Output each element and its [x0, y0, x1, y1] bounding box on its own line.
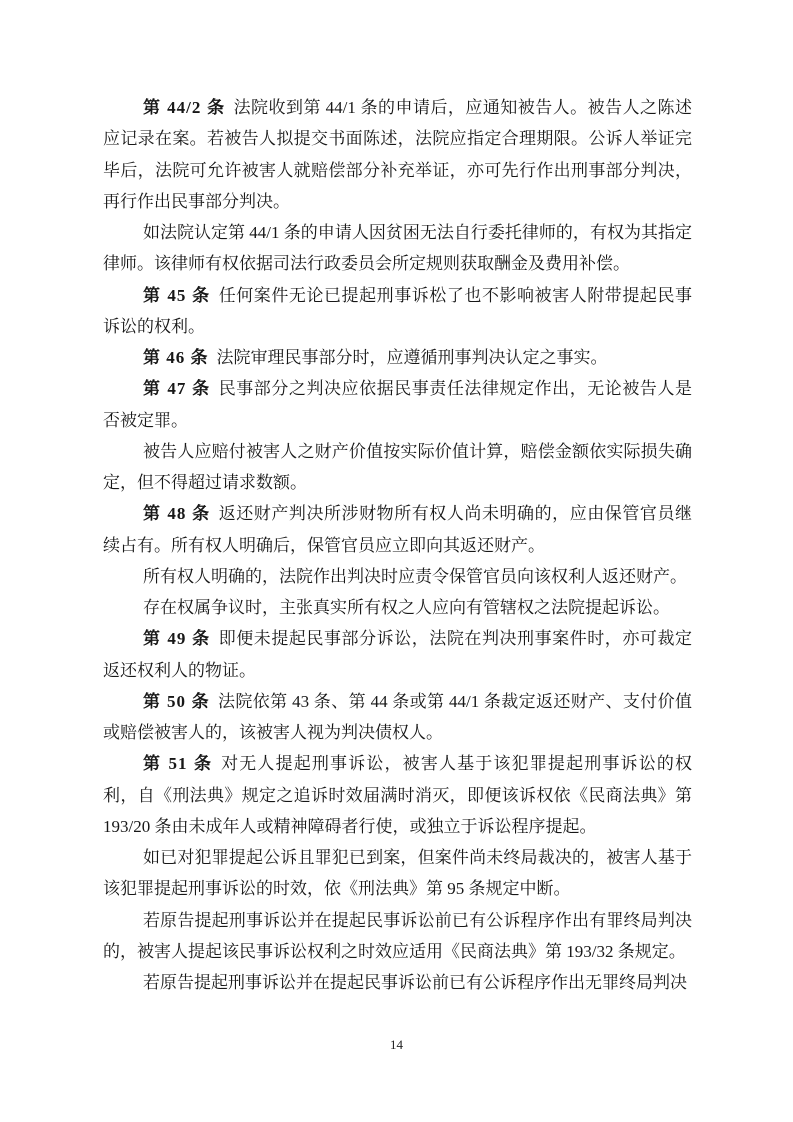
- paragraph: 如已对犯罪提起公诉且罪犯已到案，但案件尚未终局裁决的，被害人基于该犯罪提起刑事诉…: [103, 842, 692, 905]
- article-number-label: 第 49 条: [143, 629, 211, 648]
- paragraph-text: 法院审理民事部分时，应遵循刑事判决认定之事实。: [217, 348, 608, 367]
- paragraph: 第 50 条法院依第 43 条、第 44 条或第 44/1 条裁定返还财产、支付…: [103, 686, 692, 749]
- paragraph: 第 47 条民事部分之判决应依据民事责任法律规定作出，无论被告人是否被定罪。: [103, 373, 692, 436]
- article-number-label: 第 44/2 条: [143, 98, 226, 117]
- paragraph: 第 49 条即便未提起民事部分诉讼，法院在判决刑事案件时，亦可裁定返还权利人的物…: [103, 623, 692, 686]
- article-number-label: 第 50 条: [143, 692, 210, 711]
- document-body: 第 44/2 条法院收到第 44/1 条的申请后，应通知被告人。被告人之陈述应记…: [103, 92, 692, 998]
- paragraph-text: 若原告提起刑事诉讼并在提起民事诉讼前已有公诉程序作出无罪终局判决: [143, 973, 687, 992]
- paragraph: 被告人应赔付被害人之财产价值按实际价值计算，赔偿金额依实际损失确定，但不得超过请…: [103, 436, 692, 499]
- paragraph: 第 45 条任何案件无论已提起刑事诉松了也不影响被害人附带提起民事诉讼的权利。: [103, 280, 692, 343]
- paragraph: 第 51 条对无人提起刑事诉讼，被害人基于该犯罪提起刑事诉讼的权利，自《刑法典》…: [103, 748, 692, 842]
- paragraph: 若原告提起刑事诉讼并在提起民事诉讼前已有公诉程序作出无罪终局判决: [103, 967, 692, 998]
- paragraph-text: 所有权人明确的，法院作出判决时应责令保管官员向该权利人返还财产。: [143, 567, 687, 586]
- article-number-label: 第 51 条: [143, 754, 213, 773]
- article-number-label: 第 48 条: [143, 504, 211, 523]
- page-footer: 14: [0, 1036, 793, 1054]
- paragraph: 如法院认定第 44/1 条的申请人因贫困无法自行委托律师的，有权为其指定律师。该…: [103, 217, 692, 280]
- paragraph-text: 存在权属争议时，主张真实所有权之人应向有管辖权之法院提起诉讼。: [143, 598, 670, 617]
- paragraph: 第 46 条法院审理民事部分时，应遵循刑事判决认定之事实。: [103, 342, 692, 373]
- paragraph: 存在权属争议时，主张真实所有权之人应向有管辖权之法院提起诉讼。: [103, 592, 692, 623]
- paragraph: 第 48 条返还财产判决所涉财物所有权人尚未明确的，应由保管官员继续占有。所有权…: [103, 498, 692, 561]
- paragraph-text: 如已对犯罪提起公诉且罪犯已到案，但案件尚未终局裁决的，被害人基于该犯罪提起刑事诉…: [103, 848, 692, 898]
- article-number-label: 第 47 条: [143, 379, 211, 398]
- paragraph-text: 被告人应赔付被害人之财产价值按实际价值计算，赔偿金额依实际损失确定，但不得超过请…: [103, 442, 692, 492]
- document-page: 第 44/2 条法院收到第 44/1 条的申请后，应通知被告人。被告人之陈述应记…: [0, 0, 793, 1122]
- paragraph: 若原告提起刑事诉讼并在提起民事诉讼前已有公诉程序作出有罪终局判决的，被害人提起该…: [103, 905, 692, 968]
- paragraph: 所有权人明确的，法院作出判决时应责令保管官员向该权利人返还财产。: [103, 561, 692, 592]
- paragraph-text: 若原告提起刑事诉讼并在提起民事诉讼前已有公诉程序作出有罪终局判决的，被害人提起该…: [103, 911, 692, 961]
- paragraph-text: 如法院认定第 44/1 条的申请人因贫困无法自行委托律师的，有权为其指定律师。该…: [103, 223, 692, 273]
- article-number-label: 第 45 条: [143, 286, 211, 305]
- paragraph: 第 44/2 条法院收到第 44/1 条的申请后，应通知被告人。被告人之陈述应记…: [103, 92, 692, 217]
- article-number-label: 第 46 条: [143, 348, 209, 367]
- page-number: 14: [390, 1037, 403, 1052]
